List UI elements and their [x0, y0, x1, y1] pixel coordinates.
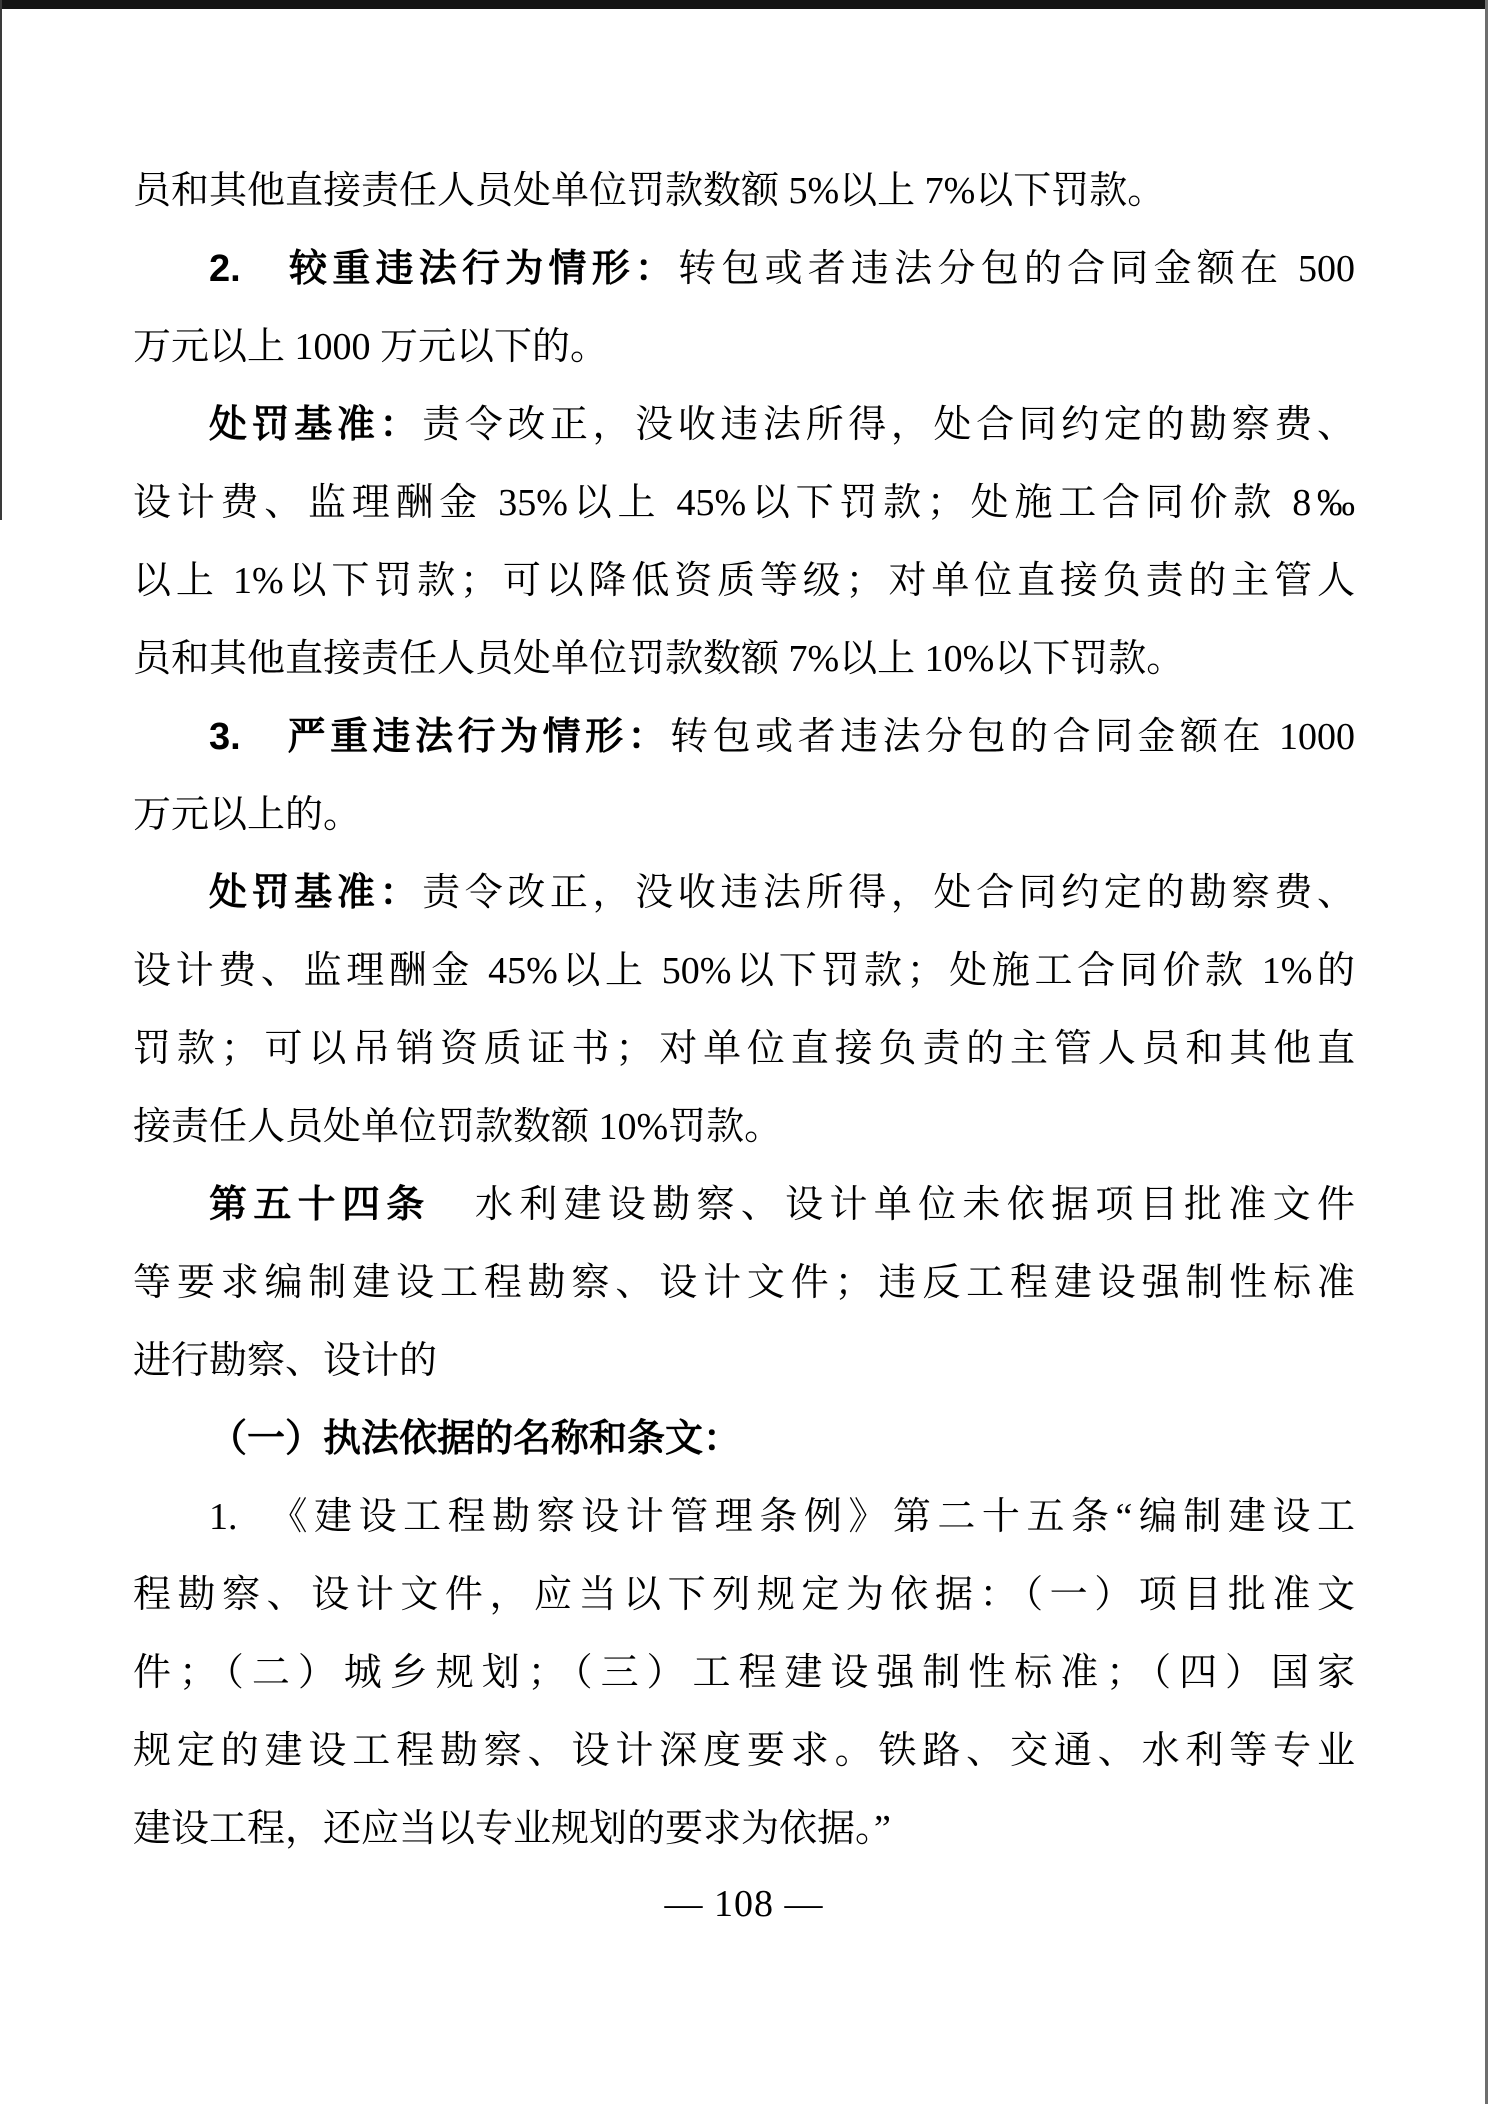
text-line: 万元以上 1000 万元以下的。	[133, 308, 1355, 386]
document-body: 员和其他直接责任人员处单位罚款数额 5%以上 7%以下罚款。2. 较重违法行为情…	[133, 152, 1355, 1868]
scan-edge-left	[0, 0, 2, 520]
text-line: 1. 《建设工程勘察设计管理条例》第二十五条“编制建设工	[133, 1478, 1355, 1556]
text-line: 进行勘察、设计的	[133, 1322, 1355, 1400]
text-line: 第五十四条 水利建设勘察、设计单位未依据项目批准文件	[133, 1166, 1355, 1244]
bold-text-segment: 3. 严重违法行为情形：	[209, 716, 670, 758]
text-line: 处罚基准：责令改正，没收违法所得，处合同约定的勘察费、	[133, 386, 1355, 464]
text-segment: 转包或者违法分包的合同金额在 500	[678, 248, 1355, 290]
text-line: （一）执法依据的名称和条文：	[133, 1400, 1355, 1478]
text-segment: 万元以上的。	[133, 794, 361, 836]
document-page: 员和其他直接责任人员处单位罚款数额 5%以上 7%以下罚款。2. 较重违法行为情…	[0, 0, 1488, 2104]
text-segment: 规定的建设工程勘察、设计深度要求。铁路、交通、水利等专业	[133, 1730, 1355, 1772]
text-segment: 等要求编制建设工程勘察、设计文件；违反工程建设强制性标准	[133, 1262, 1355, 1304]
text-segment: 员和其他直接责任人员处单位罚款数额 7%以上 10%以下罚款。	[133, 638, 1184, 680]
bold-text-segment: （一）执法依据的名称和条文：	[209, 1418, 741, 1460]
text-segment: 1. 《建设工程勘察设计管理条例》第二十五条“编制建设工	[209, 1496, 1355, 1538]
text-segment: 接责任人员处单位罚款数额 10%罚款。	[133, 1106, 782, 1148]
text-line: 处罚基准：责令改正，没收违法所得，处合同约定的勘察费、	[133, 854, 1355, 932]
text-segment: 罚款；可以吊销资质证书；对单位直接负责的主管人员和其他直	[133, 1028, 1355, 1070]
text-line: 程勘察、设计文件，应当以下列规定为依据：（一）项目批准文	[133, 1556, 1355, 1634]
text-segment: 建设工程，还应当以专业规划的要求为依据。”	[133, 1808, 891, 1850]
text-segment: 水利建设勘察、设计单位未依据项目批准文件	[431, 1184, 1355, 1226]
text-line: 3. 严重违法行为情形：转包或者违法分包的合同金额在 1000	[133, 698, 1355, 776]
text-segment: 员和其他直接责任人员处单位罚款数额 5%以上 7%以下罚款。	[133, 170, 1165, 212]
text-segment: 程勘察、设计文件，应当以下列规定为依据：（一）项目批准文	[133, 1574, 1355, 1616]
text-line: 员和其他直接责任人员处单位罚款数额 5%以上 7%以下罚款。	[133, 152, 1355, 230]
text-line: 员和其他直接责任人员处单位罚款数额 7%以上 10%以下罚款。	[133, 620, 1355, 698]
text-line: 设计费、监理酬金 35%以上 45%以下罚款；处施工合同价款 8‰	[133, 464, 1355, 542]
bold-text-segment: 处罚基准：	[209, 872, 422, 914]
text-line: 规定的建设工程勘察、设计深度要求。铁路、交通、水利等专业	[133, 1712, 1355, 1790]
text-line: 等要求编制建设工程勘察、设计文件；违反工程建设强制性标准	[133, 1244, 1355, 1322]
bold-text-segment: 处罚基准：	[209, 404, 422, 446]
bold-text-segment: 2. 较重违法行为情形：	[209, 248, 678, 290]
text-segment: 设计费、监理酬金 35%以上 45%以下罚款；处施工合同价款 8‰	[133, 482, 1355, 524]
bold-text-segment: 第五十四条	[209, 1184, 431, 1226]
text-segment: 以上 1%以下罚款；可以降低资质等级；对单位直接负责的主管人	[133, 560, 1355, 602]
text-line: 罚款；可以吊销资质证书；对单位直接负责的主管人员和其他直	[133, 1010, 1355, 1088]
text-line: 2. 较重违法行为情形：转包或者违法分包的合同金额在 500	[133, 230, 1355, 308]
text-segment: 万元以上 1000 万元以下的。	[133, 326, 608, 368]
text-line: 件；（二）城乡规划；（三）工程建设强制性标准；（四）国家	[133, 1634, 1355, 1712]
scan-edge-top	[0, 0, 1488, 9]
text-segment: 件；（二）城乡规划；（三）工程建设强制性标准；（四）国家	[133, 1652, 1355, 1694]
text-segment: 责令改正，没收违法所得，处合同约定的勘察费、	[422, 872, 1355, 914]
text-segment: 转包或者违法分包的合同金额在 1000	[670, 716, 1355, 758]
text-segment: 进行勘察、设计的	[133, 1340, 437, 1382]
text-segment: 设计费、监理酬金 45%以上 50%以下罚款；处施工合同价款 1%的	[133, 950, 1355, 992]
text-line: 建设工程，还应当以专业规划的要求为依据。”	[133, 1790, 1355, 1868]
text-line: 万元以上的。	[133, 776, 1355, 854]
text-line: 设计费、监理酬金 45%以上 50%以下罚款；处施工合同价款 1%的	[133, 932, 1355, 1010]
text-line: 接责任人员处单位罚款数额 10%罚款。	[133, 1088, 1355, 1166]
text-line: 以上 1%以下罚款；可以降低资质等级；对单位直接负责的主管人	[133, 542, 1355, 620]
text-segment: 责令改正，没收违法所得，处合同约定的勘察费、	[422, 404, 1355, 446]
page-number: — 108 —	[133, 1880, 1355, 1928]
